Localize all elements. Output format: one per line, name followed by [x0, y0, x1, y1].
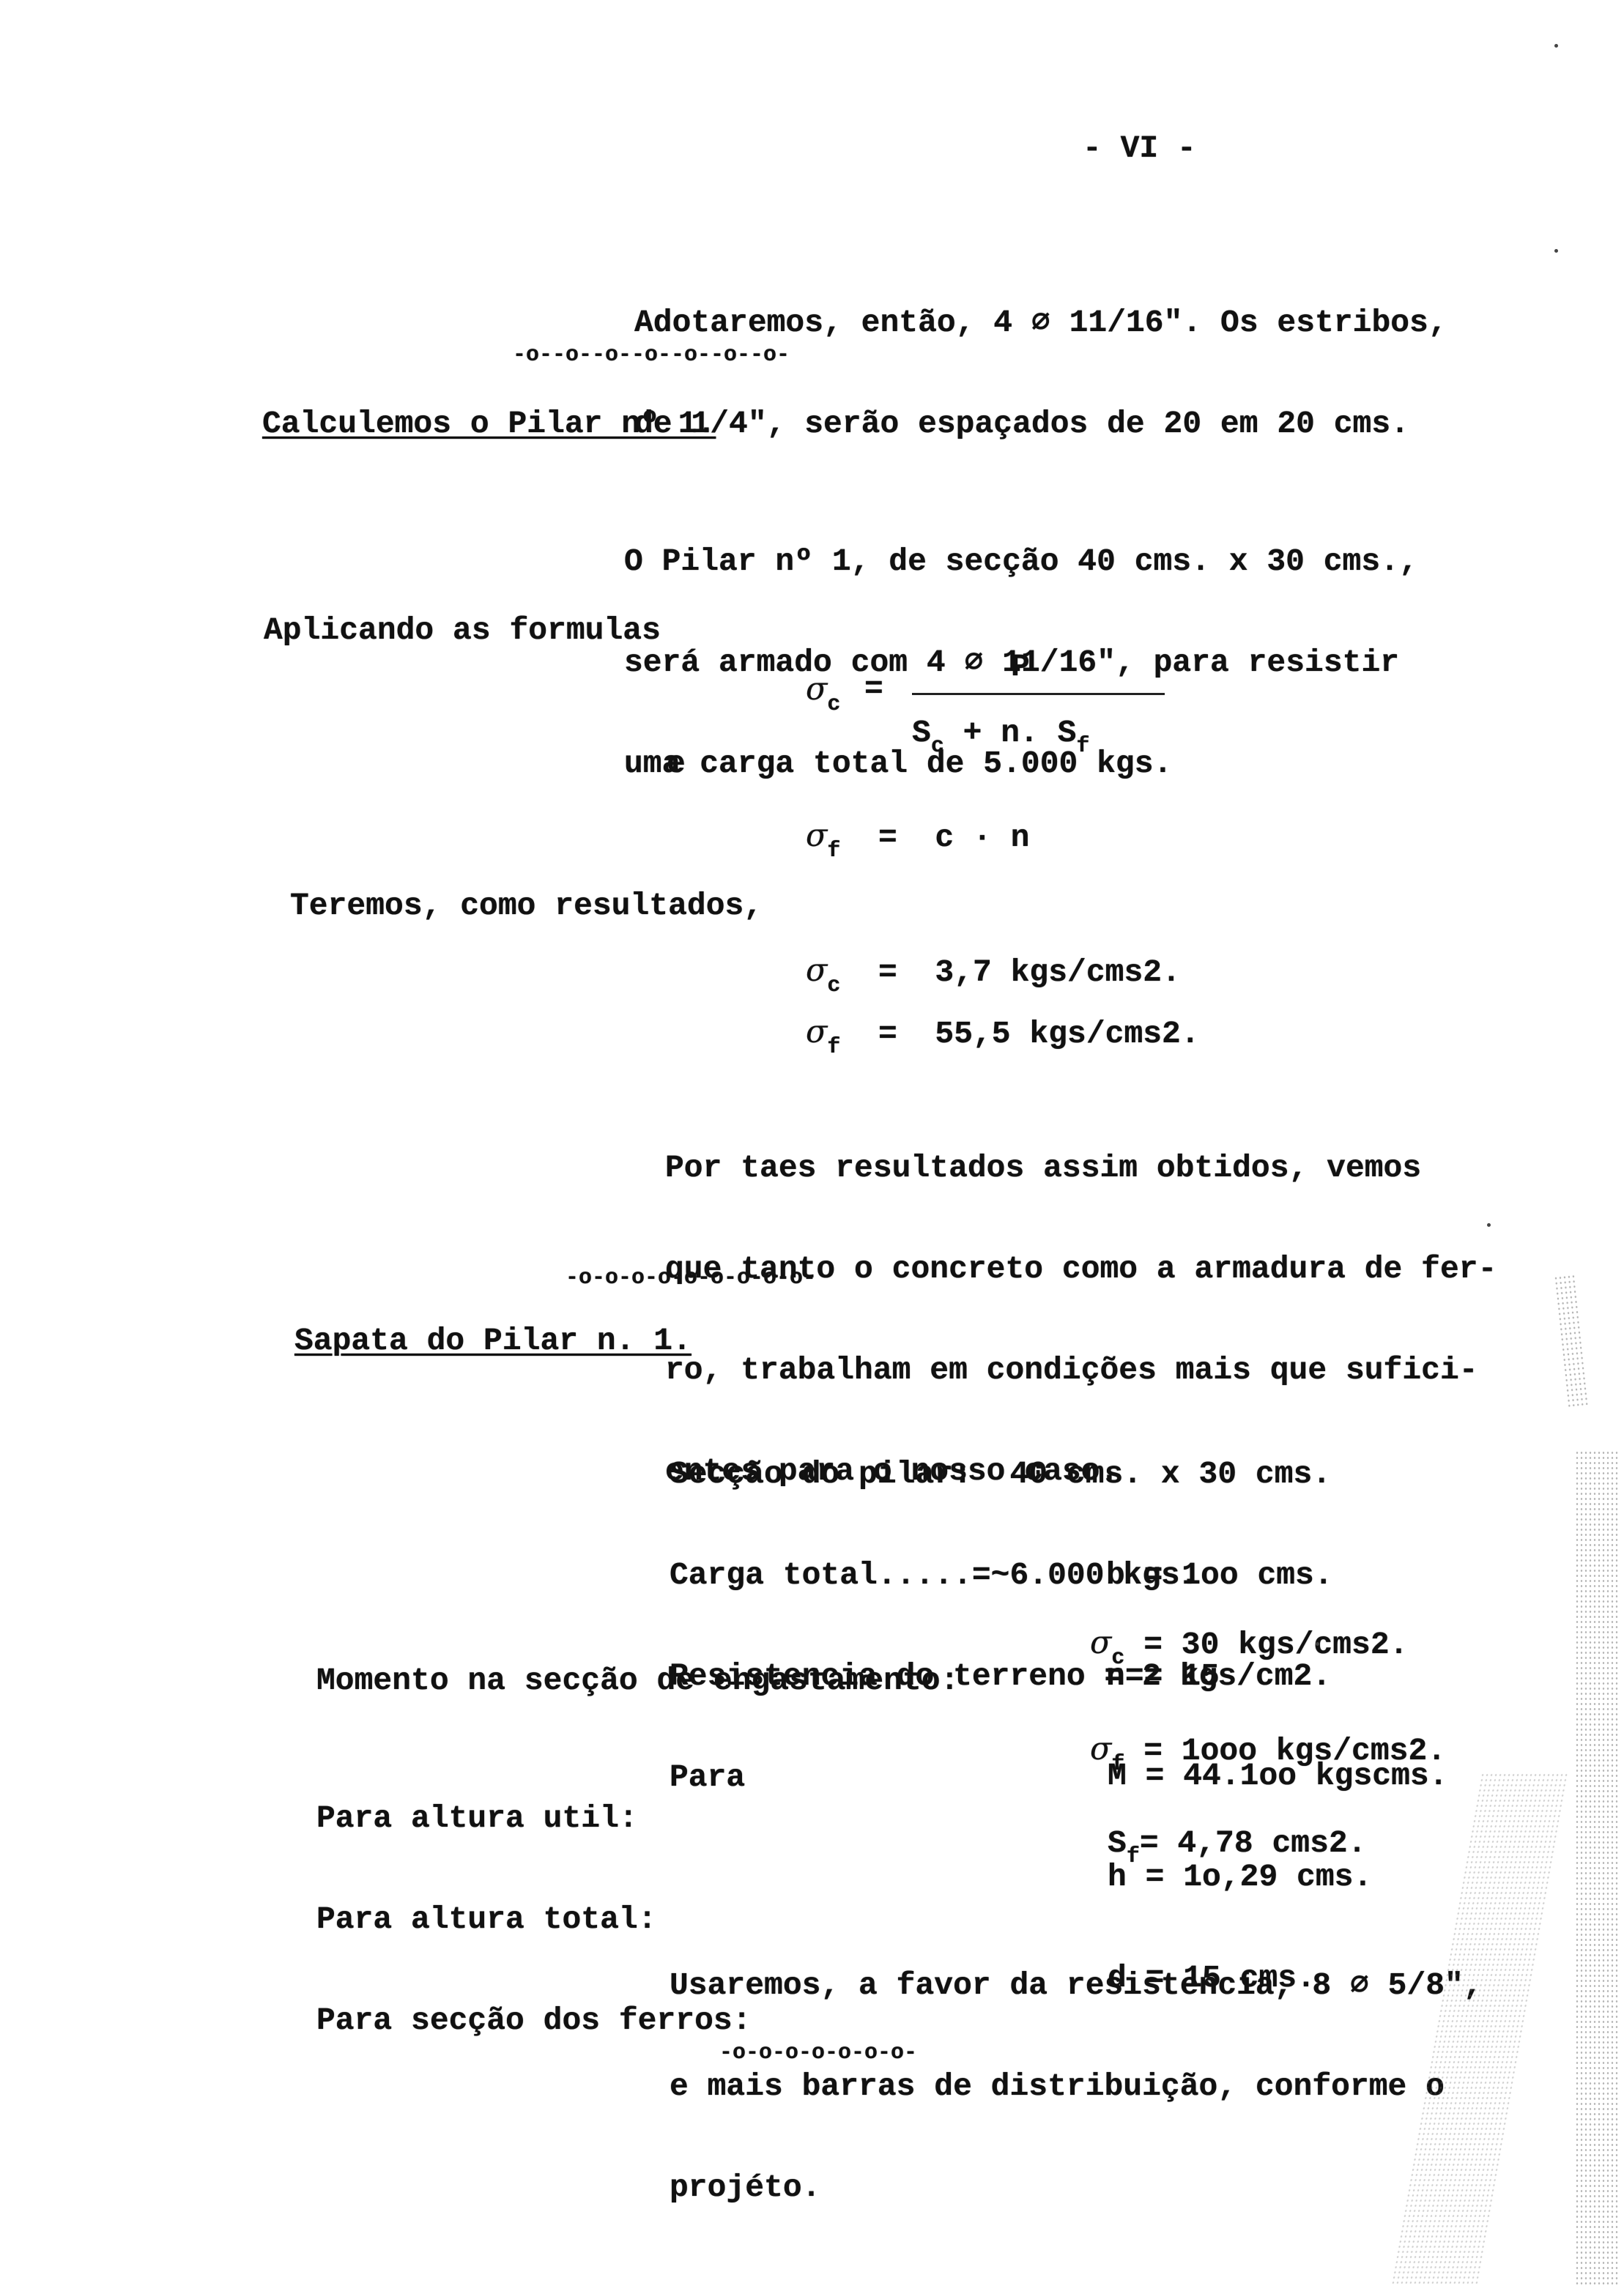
scan-dot — [1554, 249, 1558, 253]
conjunction: e — [667, 747, 686, 781]
calc-symbol: h — [1108, 1859, 1127, 1895]
sigma-symbol: σ — [806, 671, 827, 708]
section-divider: -o-o-o-o-o-o-o-o-o- — [566, 1261, 816, 1295]
formula-rhs: = c · n — [878, 820, 1029, 855]
subscript: f — [827, 1035, 840, 1060]
calc-value: = 1o,29 cms. — [1146, 1859, 1373, 1895]
paragraph-stirrups: Adotaremos, então, 4 ∅ 11/16". Os estrib… — [634, 239, 1447, 508]
subscript: c — [827, 973, 840, 998]
scan-dot — [1316, 1642, 1319, 1646]
paragraph-line: Usaremos, a favor da resistencia, 8 ∅ 5/… — [670, 1969, 1483, 2002]
calc-label: Para altura util: — [316, 1802, 752, 1835]
subscript: f — [827, 839, 840, 864]
calc-value: = 44.1oo kgscms. — [1146, 1758, 1448, 1794]
paragraph-line: e mais barras de distribuição, conforme … — [670, 2070, 1483, 2104]
page-number: - VI - — [1083, 132, 1196, 166]
denominator-part: S — [912, 715, 931, 751]
section-divider: -o--o--o--o--o--o--o- — [513, 338, 790, 372]
subscript: c — [931, 734, 944, 759]
calc-value-steel-section: Sf= 4,78 cms2. — [1108, 1827, 1366, 1863]
sigma-symbol: σ — [806, 1014, 827, 1050]
result-value: = 55,5 kgs/cms2. — [878, 1016, 1200, 1052]
denominator-part: S — [1058, 715, 1077, 751]
result-steel: σf = 55,5 kgs/cms2. — [806, 1015, 1200, 1054]
sigma-symbol: σ — [806, 952, 827, 989]
scan-dot — [1487, 1223, 1491, 1227]
sapata-conclusion: Usaremos, a favor da resistencia, 8 ∅ 5/… — [670, 1901, 1483, 2272]
subscript: f — [1127, 1844, 1140, 1869]
scan-speckle — [1554, 1274, 1590, 1407]
calc-value: = 4,78 cms2. — [1140, 1825, 1367, 1861]
results-label: Teremos, como resultados, — [290, 889, 763, 923]
paragraph-line: projéto. — [670, 2171, 1483, 2205]
calc-value-moment: M = 44.1oo kgscms. — [1108, 1759, 1448, 1793]
paragraph-line: Adotaremos, então, 4 ∅ 11/16". Os estrib… — [634, 306, 1447, 340]
scan-speckle — [1575, 1450, 1619, 2285]
denominator-part: + n. — [944, 715, 1058, 751]
calc-symbol: M — [1108, 1758, 1127, 1794]
paragraph-line: de 1/4", serão espaçados de 20 em 20 cms… — [634, 407, 1447, 441]
calc-label-moment: Momento na secção de engastamento: — [316, 1664, 959, 1698]
paragraph-line: ro, trabalham em condições mais que sufi… — [665, 1354, 1497, 1387]
scan-dot — [1554, 44, 1558, 48]
param-value: = 30 kgs/cms2. — [1143, 1627, 1408, 1663]
sigma-symbol: σ — [1090, 1625, 1111, 1661]
document-page: - VI - Adotaremos, então, 4 ∅ 11/16". Os… — [0, 0, 1624, 2294]
formula-steel-stress: σf = c · n — [806, 819, 1029, 858]
formula-numerator: P — [1011, 650, 1030, 684]
calc-value-useful-height: h = 1o,29 cms. — [1108, 1860, 1448, 1894]
param-sigma-c: σc = 30 kgs/cms2. — [1090, 1626, 1446, 1665]
formula-denominator: Sc + n. Sf — [912, 716, 1089, 753]
result-value: = 3,7 kgs/cms2. — [878, 954, 1181, 990]
calc-symbol: S — [1108, 1825, 1127, 1861]
subscript: c — [1111, 1646, 1124, 1671]
result-concrete: σc = 3,7 kgs/cms2. — [806, 954, 1181, 992]
section-heading-pilar: Calculemos o Pilar nº 1. — [262, 407, 716, 441]
data-line: Secção do pilar: 40 cms. x 30 cms. — [670, 1458, 1331, 1491]
fraction-bar — [912, 693, 1165, 695]
paragraph-line: O Pilar nº 1, de secção 40 cms. x 30 cms… — [624, 545, 1418, 579]
subscript: c — [827, 692, 840, 717]
section-heading-sapata: Sapata do Pilar n. 1. — [294, 1324, 692, 1358]
paragraph-line: Por taes resultados assim obtidos, vemos — [665, 1151, 1497, 1185]
formulas-label: Aplicando as formulas — [264, 614, 661, 647]
sigma-symbol: σ — [806, 817, 827, 854]
formula-lhs: σc — [806, 672, 840, 711]
formula-equals: = — [864, 672, 883, 706]
section-divider: -o-o-o-o-o-o-o- — [719, 2036, 917, 2070]
subscript: f — [1076, 734, 1089, 759]
